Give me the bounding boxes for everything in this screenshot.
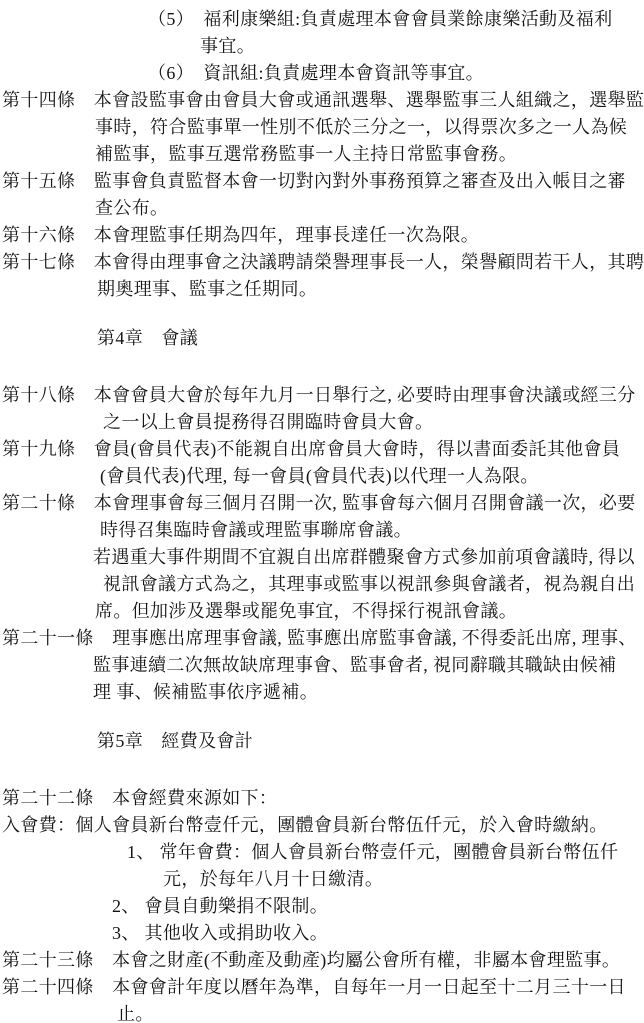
article-22-line: 第二十二條 本會經費來源如下： xyxy=(0,785,644,812)
document-page: （5） 福利康樂組:負責處理本會會員業餘康樂活動及福利 事宜。 （6） 資訊組:… xyxy=(0,0,644,1023)
article-21-continuation: 理 事、候補監事依序遞補。 xyxy=(0,679,644,706)
numbered-item-3: 3、 其他收入或捐助收入。 xyxy=(0,920,644,947)
article-17-line: 第十七條 本會得由理事會之決議聘請榮譽理事長一人，榮譽顧問若干人，其聘 xyxy=(0,249,644,276)
article-20-continuation: 時得召集臨時會議或理監事聯席會議。 xyxy=(0,517,644,544)
article-17-continuation: 期奧理事、監事之任期同。 xyxy=(0,276,644,303)
article-21-continuation: 監事連續二次無故缺席理事會、監事會者, 視同辭職其職缺由候補 xyxy=(0,652,644,679)
blank-line xyxy=(0,303,644,325)
article-18-line: 第十八條 本會會員大會於每年九月一日舉行之, 必要時由理事會決議或經三分 xyxy=(0,382,644,409)
article-14-continuation: 補監事，監事互選常務監事一人主持日常監事會務。 xyxy=(0,141,644,168)
article-18-continuation: 之一以上會員提務得召開臨時會員大會。 xyxy=(0,409,644,436)
article-15-continuation: 查公布。 xyxy=(0,195,644,222)
article-20-paragraph-2: 若遇重大事件期間不宜親自出席群體聚會方式參加前項會議時, 得以 xyxy=(0,544,644,571)
article-20-line: 第二十條 本會理事會每三個月召開一次, 監事會每六個月召開會議一次，必要 xyxy=(0,490,644,517)
article-19-line: 第十九條 會員(會員代表)不能親自出席會員大會時，得以書面委託其他會員 xyxy=(0,436,644,463)
article-15-line: 第十五條 監事會負責監督本會一切對內對外事務預算之審查及出入帳目之審 xyxy=(0,168,644,195)
article-14-line: 第十四條 本會設監事會由會員大會或通訊選舉、選舉監事三人組織之，選舉監 xyxy=(0,87,644,114)
blank-line xyxy=(0,706,644,728)
article-19-continuation: (會員代表)代理, 每一會員(會員代表)以代理一人為限。 xyxy=(0,463,644,490)
sub-item-line: （6） 資訊組:負責處理本會資訊等事宜。 xyxy=(0,60,644,87)
blank-line xyxy=(0,352,644,382)
article-16-line: 第十六條 本會理監事任期為四年，理事長達任一次為限。 xyxy=(0,222,644,249)
sub-item-continuation: 事宜。 xyxy=(0,33,644,60)
article-24-line: 第二十四條 本會會計年度以曆年為準，自每年一月一日起至十二月三十一日 xyxy=(0,974,644,1001)
article-21-line: 第二十一條 理事應出席理事會議, 監事應出席監事會議, 不得委託出席, 理事、 xyxy=(0,625,644,652)
membership-fee-line: 入會費：個人會員新台幣壹仟元，團體會員新台幣伍仟元，於入會時繳納。 xyxy=(0,812,644,839)
numbered-item-2: 2、 會員自動樂捐不限制。 xyxy=(0,893,644,920)
numbered-item-1: 1、 常年會費：個人會員新台幣壹仟元，團體會員新台幣伍仟 xyxy=(0,839,644,866)
numbered-item-1-cont: 元，於每年八月十日繳清。 xyxy=(0,866,644,893)
chapter-4-heading: 第4章 會議 xyxy=(0,325,644,352)
article-20-continuation: 視訊會議方式為之，其理事或監事以視訊參與會議者，視為親自出 xyxy=(0,571,644,598)
blank-line xyxy=(0,755,644,785)
article-23-line: 第二十三條 本會之財產(不動產及動產)均屬公會所有權，非屬本會理監事。 xyxy=(0,947,644,974)
chapter-5-heading: 第5章 經費及會計 xyxy=(0,728,644,755)
article-24-continuation: 止。 xyxy=(0,1001,644,1023)
article-14-continuation: 事時，符合監事單一性別不低於三分之一，以得票次多之一人為候 xyxy=(0,114,644,141)
sub-item-line: （5） 福利康樂組:負責處理本會會員業餘康樂活動及福利 xyxy=(0,6,644,33)
article-20-continuation: 席。但加涉及選舉或罷免事宜，不得採行視訊會議。 xyxy=(0,598,644,625)
